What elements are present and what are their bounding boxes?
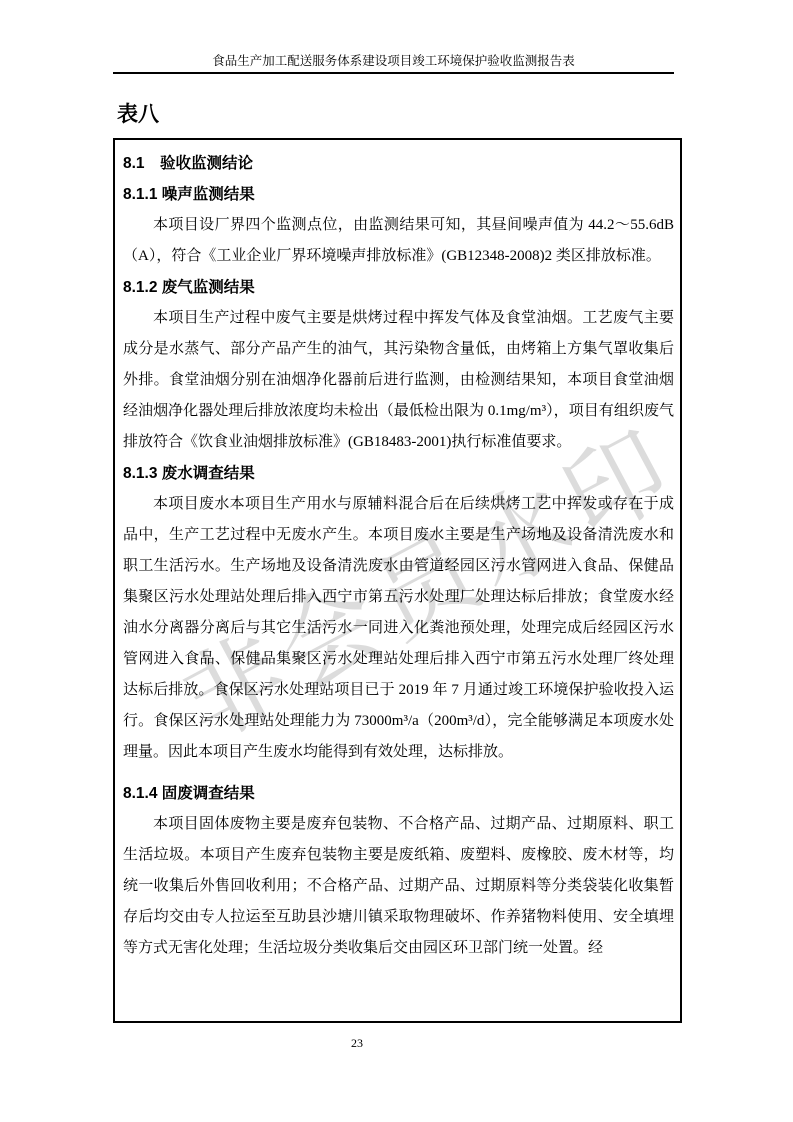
paragraph-solid-waste-result: 本项目固体废物主要是废弃包装物、不合格产品、过期产品、过期原料、职工生活垃圾。本… [123, 809, 674, 964]
section-noise-monitoring: 8.1.1 噪声监测结果 本项目设厂界四个监测点位，由监测结果可知，其昼间噪声值… [123, 179, 674, 272]
header-title: 食品生产加工配送服务体系建设项目竣工环境保护验收监测报告表 [113, 51, 674, 69]
section-heading-8-1: 8.1 验收监测结论 [123, 148, 674, 179]
section-solid-waste-survey: 8.1.4 固废调查结果 本项目固体废物主要是废弃包装物、不合格产品、过期产品、… [123, 778, 674, 964]
section-wastewater-survey: 8.1.3 废水调查结果 本项目废水本项目生产用水与原辅料混合后在后续烘烤工艺中… [123, 458, 674, 768]
paragraph-noise-result: 本项目设厂界四个监测点位，由监测结果可知，其昼间噪声值为 44.2～55.6dB… [123, 210, 674, 272]
section-acceptance-conclusion: 8.1 验收监测结论 [123, 148, 674, 179]
section-exhaust-monitoring: 8.1.2 废气监测结果 本项目生产过程中废气主要是烘烤过程中挥发气体及食堂油烟… [123, 272, 674, 458]
document-page: 非会员水印 食品生产加工配送服务体系建设项目竣工环境保护验收监测报告表 表八 8… [0, 0, 793, 1122]
section-heading-8-1-3: 8.1.3 废水调查结果 [123, 458, 674, 489]
table-label: 表八 [117, 98, 159, 128]
header-underline [113, 72, 674, 74]
paragraph-wastewater-result: 本项目废水本项目生产用水与原辅料混合后在后续烘烤工艺中挥发或存在于成品中，生产工… [123, 489, 674, 768]
report-content-box: 8.1 验收监测结论 8.1.1 噪声监测结果 本项目设厂界四个监测点位，由监测… [113, 138, 682, 1023]
page-number: 23 [351, 1036, 363, 1051]
section-heading-8-1-2: 8.1.2 废气监测结果 [123, 272, 674, 303]
section-heading-8-1-1: 8.1.1 噪声监测结果 [123, 179, 674, 210]
section-heading-8-1-4: 8.1.4 固废调查结果 [123, 778, 674, 809]
paragraph-exhaust-result: 本项目生产过程中废气主要是烘烤过程中挥发气体及食堂油烟。工艺废气主要成分是水蒸气… [123, 303, 674, 458]
